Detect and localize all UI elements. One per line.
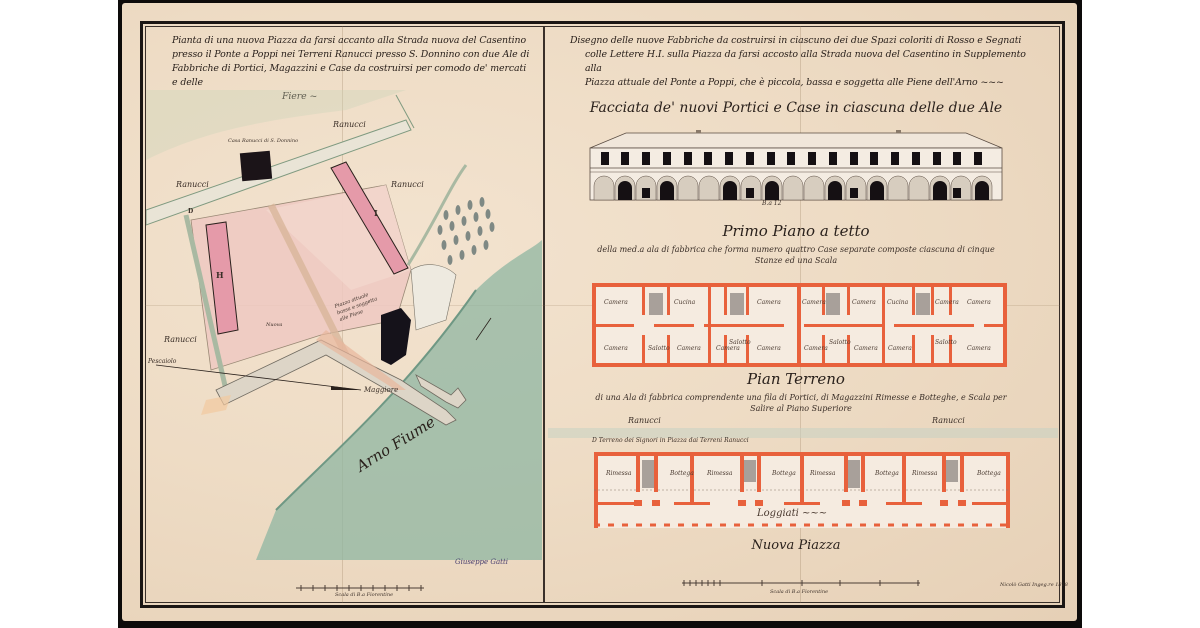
room-label: Camera — [757, 345, 781, 352]
right-title-block: Disegno delle nuove Fabbriche da costrui… — [570, 34, 1040, 90]
room-label: Camera — [967, 345, 991, 352]
map-label-pescaiolo: Pescaiolo — [148, 358, 176, 365]
panel-divider — [543, 26, 545, 603]
ground-side-label-right: Ranucci — [932, 416, 965, 425]
left-signature: Giuseppe Gatti — [455, 558, 508, 566]
map-label-nuova: Nuova — [266, 322, 282, 328]
facade-heading: Facciata de' nuovi Portici e Case in cia… — [586, 100, 1006, 116]
room-label: Rimessa — [810, 470, 835, 477]
terrain-strip-label: D Terreno dei Signori in Piazza dai Terr… — [592, 437, 749, 444]
room-label: Camera — [852, 299, 876, 306]
title-line: Pianta di una nuova Piazza da farsi acca… — [172, 34, 532, 48]
facade-elevation — [586, 130, 1006, 202]
room-label: Bottega — [772, 470, 796, 477]
map-letter-d: D — [188, 208, 193, 215]
right-scale-bar — [682, 578, 922, 588]
title-line: Disegno delle nuove Fabbriche da costrui… — [570, 34, 1040, 48]
room-label: Salotto — [648, 345, 670, 352]
map-label-casa: Casa Ranucci di S. Donnino — [228, 138, 298, 144]
room-label: Camera — [604, 299, 628, 306]
room-label: Salotto — [729, 339, 751, 346]
right-signature: Nicolò Gatti Ingeg.re 1818 — [1000, 582, 1068, 588]
description-line: Stanze ed una Scala — [586, 255, 1006, 266]
facade-scale-note: B.a 12 — [762, 200, 781, 207]
room-label: Salotto — [829, 339, 851, 346]
room-label: Bottega — [875, 470, 899, 477]
title-line: Fabbriche di Portici, Magazzini e Case d… — [172, 62, 532, 90]
ground-side-label-left: Ranucci — [628, 416, 661, 425]
upper-floor-plan: Camera Cucina Camera Camera Camera Cucin… — [592, 283, 1007, 367]
room-label: Salotto — [935, 339, 957, 346]
room-label: Rimessa — [707, 470, 732, 477]
title-line: colle Lettere H.I. sulla Piazza da farsi… — [570, 48, 1040, 76]
map-letter-i: I — [374, 208, 378, 218]
room-label: Camera — [935, 299, 959, 306]
title-line: presso il Ponte a Poppi nei Terreni Ranu… — [172, 48, 532, 62]
upper-floor-plan-drawing — [592, 283, 1007, 367]
room-label: Camera — [804, 345, 828, 352]
room-label: Camera — [604, 345, 628, 352]
room-label: Bottega — [670, 470, 694, 477]
site-map: Ranucci Ranucci Ranucci Ranucci Casa Ran… — [146, 90, 542, 560]
right-scale-label: Scala di B.a Fiorentine — [770, 589, 828, 595]
ground-floor-heading: Pian Terreno — [586, 370, 1006, 388]
description-line: Salire al Piano Superiore — [586, 403, 1016, 414]
room-label: Camera — [888, 345, 912, 352]
room-label: Camera — [757, 299, 781, 306]
map-label-ranucci: Ranucci — [333, 120, 366, 129]
room-label: Bottega — [977, 470, 1001, 477]
map-label-ranucci: Ranucci — [391, 180, 424, 189]
map-letter-h: H — [216, 270, 224, 280]
room-label: Cucina — [887, 299, 908, 306]
room-label: Camera — [677, 345, 701, 352]
room-label: Rimessa — [606, 470, 631, 477]
ground-floor-plan: Rimessa Bottega Rimessa Bottega Rimessa … — [592, 450, 1012, 530]
room-label: Rimessa — [912, 470, 937, 477]
map-label-maggiore: Maggiore — [364, 386, 398, 394]
title-line: Piazza attuale del Ponte a Poppi, che è … — [570, 76, 1040, 90]
room-label: Camera — [802, 299, 826, 306]
description-line: di una Ala di fabbrica comprendente una … — [586, 392, 1016, 403]
map-label-ranucci: Ranucci — [164, 335, 197, 344]
room-label: Camera — [967, 299, 991, 306]
room-label: Cucina — [674, 299, 695, 306]
room-label: Camera — [716, 345, 740, 352]
loggia-label: Loggiati ~~~ — [757, 508, 827, 519]
nuova-piazza-label: Nuova Piazza — [586, 538, 1006, 553]
upper-floor-heading: Primo Piano a tetto — [586, 222, 1006, 240]
room-label: Camera — [854, 345, 878, 352]
description-line: della med.a ala di fabbrica che forma nu… — [586, 244, 1006, 255]
site-map-drawing — [146, 90, 542, 560]
upper-floor-description: della med.a ala di fabbrica che forma nu… — [586, 244, 1006, 266]
ground-floor-description: di una Ala di fabbrica comprendente una … — [586, 392, 1016, 414]
facade-drawing — [586, 130, 1006, 202]
left-scale-label: Scala di B.a Fiorentine — [335, 592, 393, 598]
map-label-ranucci: Ranucci — [176, 180, 209, 189]
